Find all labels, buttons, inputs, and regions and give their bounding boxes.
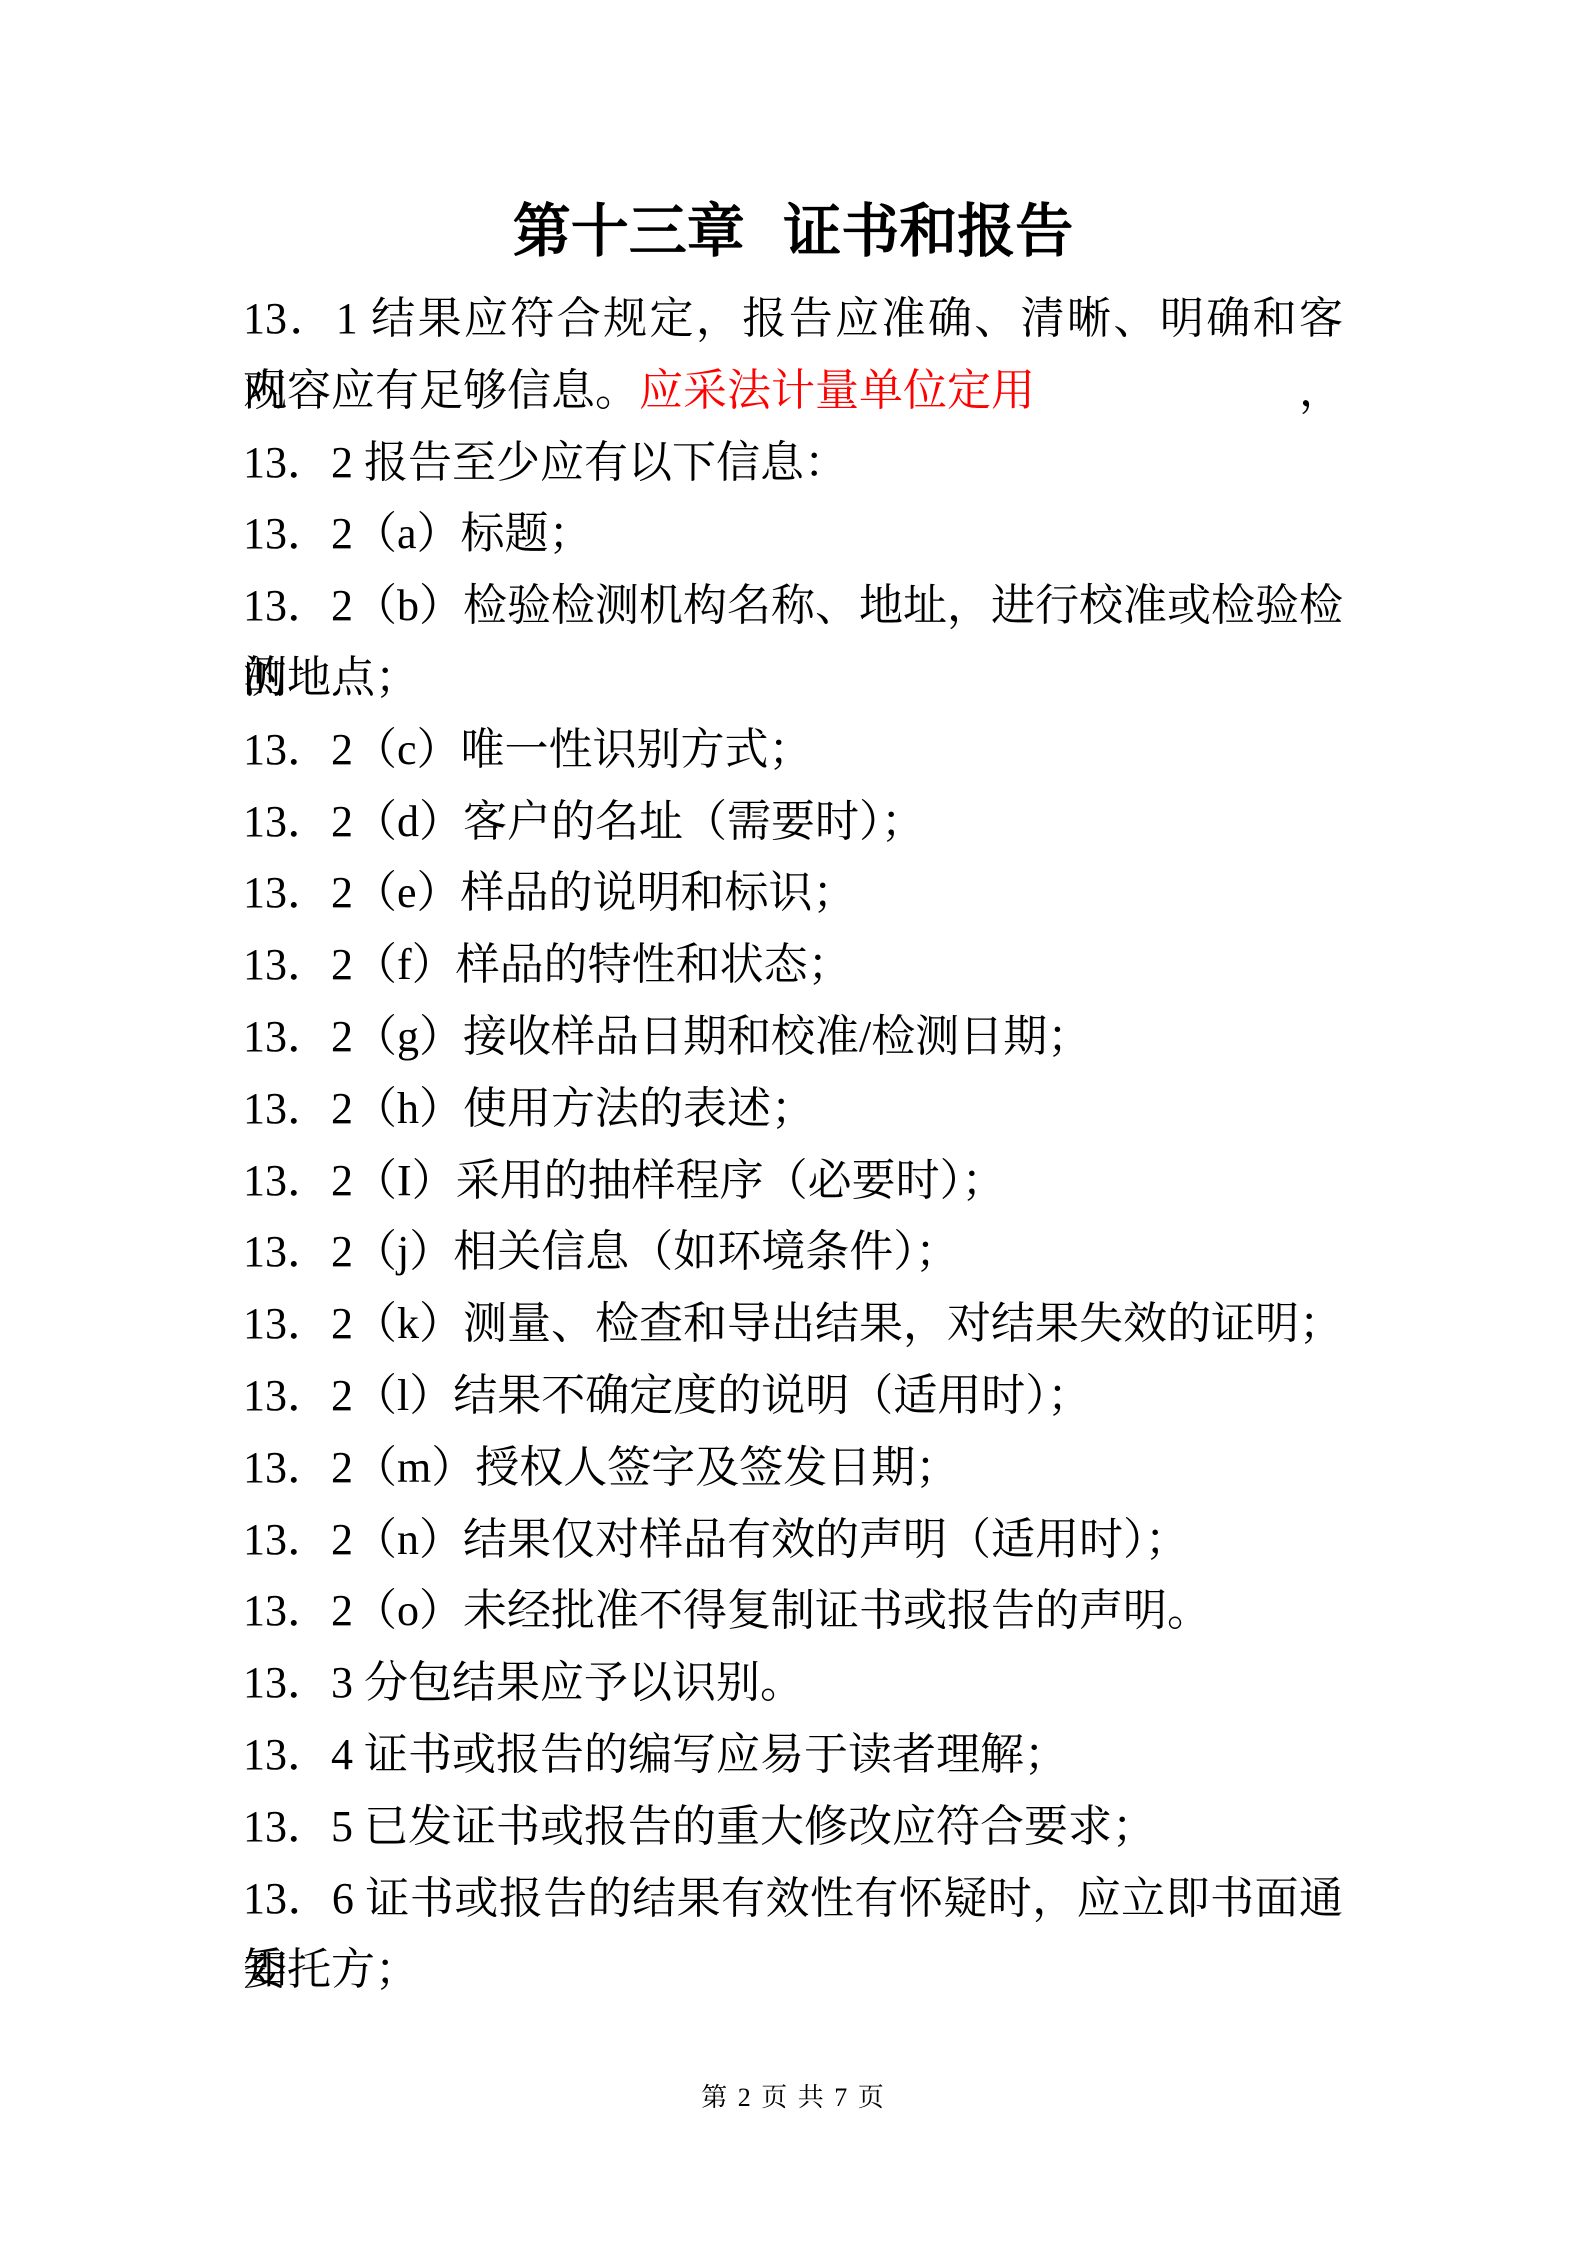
paragraph-line: 13．2（o）未经批准不得复制证书或报告的声明。 bbox=[243, 1575, 1343, 1647]
paragraph-line: 13．2（g）接收样品日期和校准/检测日期； bbox=[243, 1001, 1343, 1073]
paragraph-line: 13．5 已发证书或报告的重大修改应符合要求； bbox=[243, 1791, 1343, 1863]
paragraph-line: 的地点； bbox=[243, 642, 1343, 714]
paragraph-line: 委托方； bbox=[243, 1934, 1343, 2006]
paragraph-line: 13．2（k）测量、检查和导出结果，对结果失效的证明； bbox=[243, 1288, 1343, 1360]
paragraph-line: 13．2（b）检验检测机构名称、地址，进行校准或检验检测 bbox=[243, 570, 1343, 642]
paragraph-line: 13．2（a）标题； bbox=[243, 498, 1343, 570]
paragraph-line: 13．4 证书或报告的编写应易于读者理解； bbox=[243, 1719, 1343, 1791]
paragraph-line: 13．6 证书或报告的结果有效性有怀疑时，应立即书面通知 bbox=[243, 1863, 1343, 1935]
paragraph-line: 13．2（e）样品的说明和标识； bbox=[243, 857, 1343, 929]
paragraph-line: 13．2（c）唯一性识别方式； bbox=[243, 714, 1343, 786]
page-footer: 第 2 页 共 7 页 bbox=[0, 2078, 1587, 2118]
highlighted-text: 应采法计量单位定用 bbox=[639, 366, 1035, 415]
paragraph-line: 13．2（n）结果仅对样品有效的声明（适用时）； bbox=[243, 1504, 1343, 1576]
paragraph-line: 13．2（f）样品的特性和状态； bbox=[243, 929, 1343, 1001]
page-number-text: 第 2 页 共 7 页 bbox=[701, 2083, 886, 2112]
document-page: 第十三章 证书和报告 13．1 结果应符合规定，报告应准确、清晰、明确和客观，内… bbox=[0, 0, 1587, 2245]
paragraph-line: 13．3 分包结果应予以识别。 bbox=[243, 1647, 1343, 1719]
paragraph-line: 13．2（l）结果不确定度的说明（适用时）； bbox=[243, 1360, 1343, 1432]
paragraph-line: 13．2（h）使用方法的表述； bbox=[243, 1073, 1343, 1145]
paragraph-line: 13．1 结果应符合规定，报告应准确、清晰、明确和客观， bbox=[243, 283, 1343, 355]
paragraph-line: 13．2（j）相关信息（如环境条件）； bbox=[243, 1216, 1343, 1288]
chapter-title: 第十三章 证书和报告 bbox=[243, 196, 1343, 268]
document-body: 13．1 结果应符合规定，报告应准确、清晰、明确和客观，内容应有足够信息。应采法… bbox=[243, 283, 1343, 2006]
paragraph-line: 13．2（I）采用的抽样程序（必要时）； bbox=[243, 1145, 1343, 1217]
paragraph-line: 13．2（d）客户的名址（需要时）； bbox=[243, 786, 1343, 858]
paragraph-line: 13．2 报告至少应有以下信息： bbox=[243, 427, 1343, 499]
paragraph-line: 13．2（m）授权人签字及签发日期； bbox=[243, 1432, 1343, 1504]
